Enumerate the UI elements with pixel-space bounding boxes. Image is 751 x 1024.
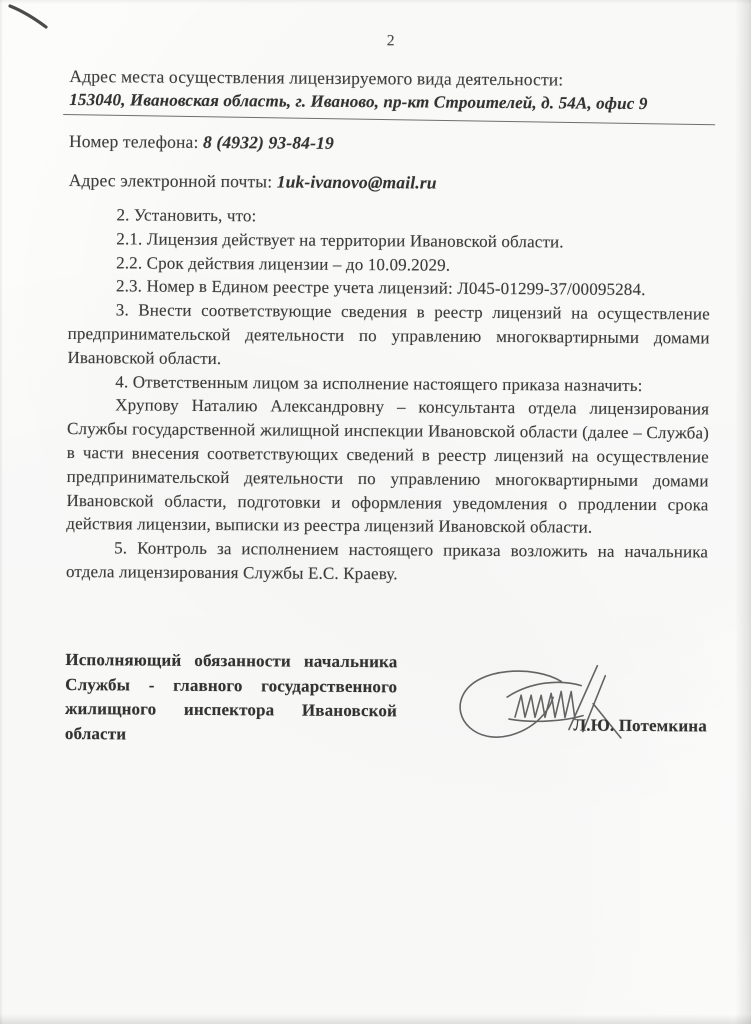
signature-scribble xyxy=(443,653,644,759)
order-paragraph: 3. Внести соответствующие сведения в рее… xyxy=(67,298,709,374)
activity-address-label: Адрес места осуществления лицензируемого… xyxy=(69,66,563,89)
scanned-document-page: 2 Адрес места осуществления лицензируемо… xyxy=(0,0,751,1024)
email-line: Адрес электронной почты: 1uk-ivanovo@mai… xyxy=(69,170,711,195)
page-number: 2 xyxy=(70,30,712,52)
order-paragraphs: 2. Установить, что:2.1. Лицензия действу… xyxy=(66,203,711,588)
signatory-position-title: Исполняющий обязанности начальника Служб… xyxy=(65,648,398,749)
phone-value: 8 (4932) 93-84-19 xyxy=(203,132,334,153)
address-underline xyxy=(63,114,715,125)
signature-block: Исполняющий обязанности начальника Служб… xyxy=(65,648,708,772)
activity-address-block: Адрес места осуществления лицензируемого… xyxy=(69,66,711,114)
signatory-name: Л.Ю. Потемкина xyxy=(573,716,707,737)
scan-edge-left xyxy=(0,0,3,1024)
scan-edge-right xyxy=(735,0,751,1024)
phone-label: Номер телефона: xyxy=(69,131,203,152)
order-paragraph: 5. Контроль за исполнением настоящего пр… xyxy=(66,536,708,588)
scan-corner-mark xyxy=(0,0,60,40)
order-paragraph: Хрупову Наталию Александровну – консульт… xyxy=(66,393,709,540)
email-label: Адрес электронной почты: xyxy=(69,170,277,191)
phone-line: Номер телефона: 8 (4932) 93-84-19 xyxy=(69,131,711,156)
email-value: 1uk-ivanovo@mail.ru xyxy=(277,171,437,192)
activity-address-value: 153040, Ивановская область, г. Иваново, … xyxy=(69,90,711,114)
document-content: 2 Адрес места осуществления лицензируемо… xyxy=(63,0,712,1024)
